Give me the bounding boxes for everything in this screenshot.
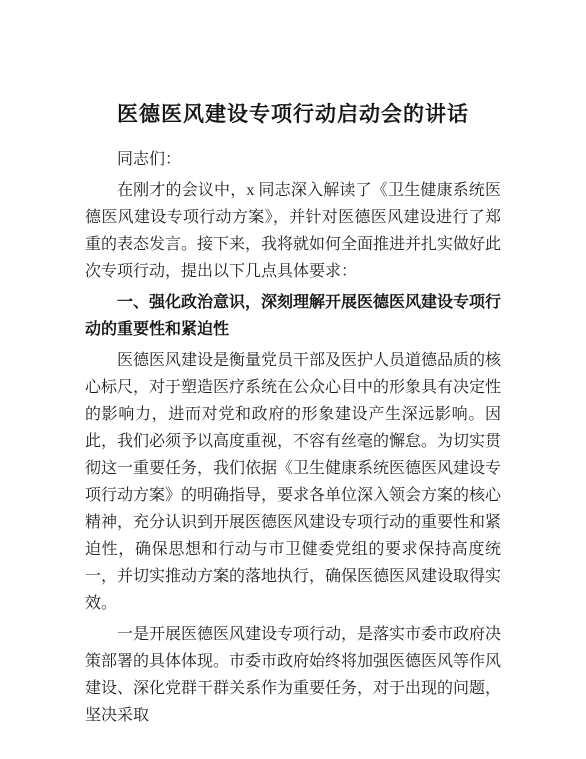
paragraph-importance: 医德医风建设是衡量党员干部及医护人员道德品质的核心标尺，对于塑造医疗系统在公众心… xyxy=(85,347,501,617)
paragraph-first-point: 一是开展医德医风建设专项行动，是落实市委市政府决策部署的具体体现。市委市政府始终… xyxy=(85,621,501,729)
salutation: 同志们： xyxy=(85,146,501,173)
paragraph-intro: 在刚才的会议中，x 同志深入解读了《卫生健康系统医德医风建设专项行动方案》，并针… xyxy=(85,177,501,285)
document-page: 医德医风建设专项行动启动会的讲话 同志们： 在刚才的会议中，x 同志深入解读了《… xyxy=(0,0,586,759)
document-title: 医德医风建设专项行动启动会的讲话 xyxy=(85,101,501,127)
section-heading-1: 一、强化政治意识，深刻理解开展医德医风建设专项行动的重要性和紧迫性 xyxy=(85,289,501,343)
